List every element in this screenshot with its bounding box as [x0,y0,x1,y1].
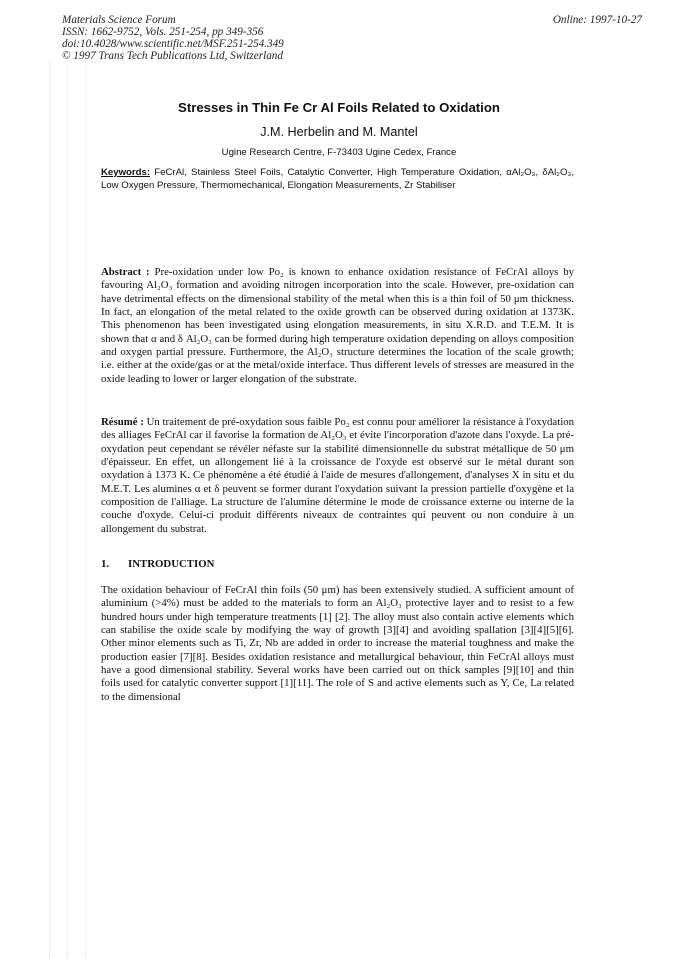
paper-authors: J.M. Herbelin and M. Mantel [0,125,678,139]
keywords-text: FeCrAl, Stainless Steel Foils, Catalytic… [101,167,574,191]
resume-label: Résumé : [101,416,144,428]
abstract-text: Pre-oxidation under low Po₂ is known to … [101,266,574,385]
copyright-line: © 1997 Trans Tech Publications Ltd, Swit… [62,50,284,62]
section-number: 1. [101,558,128,570]
watermark-line [85,60,86,959]
paper-title: Stresses in Thin Fe Cr Al Foils Related … [0,100,678,115]
online-date: Online: 1997-10-27 [553,14,642,26]
doi-line: doi:10.4028/www.scientific.net/MSF.251-2… [62,38,284,50]
resume-text: Un traitement de pré-oxydation sous faib… [101,416,574,535]
section-title: INTRODUCTION [128,558,214,570]
introduction-paragraph: The oxidation behaviour of FeCrAl thin f… [101,584,574,704]
abstract-label: Abstract : [101,266,150,278]
keywords-block: Keywords: FeCrAl, Stainless Steel Foils,… [101,167,574,192]
section-heading-introduction: 1.INTRODUCTION [101,558,214,570]
watermark-line [49,60,50,959]
journal-header: Materials Science Forum ISSN: 1662-9752,… [62,14,284,62]
watermark-line [67,60,68,959]
abstract-block: Abstract : Pre-oxidation under low Po₂ i… [101,266,574,386]
issn-line: ISSN: 1662-9752, Vols. 251-254, pp 349-3… [62,26,284,38]
keywords-label: Keywords: [101,167,150,178]
resume-block: Résumé : Un traitement de pré-oxydation … [101,416,574,536]
paper-affiliation: Ugine Research Centre, F-73403 Ugine Ced… [0,147,678,158]
journal-name: Materials Science Forum [62,14,284,26]
